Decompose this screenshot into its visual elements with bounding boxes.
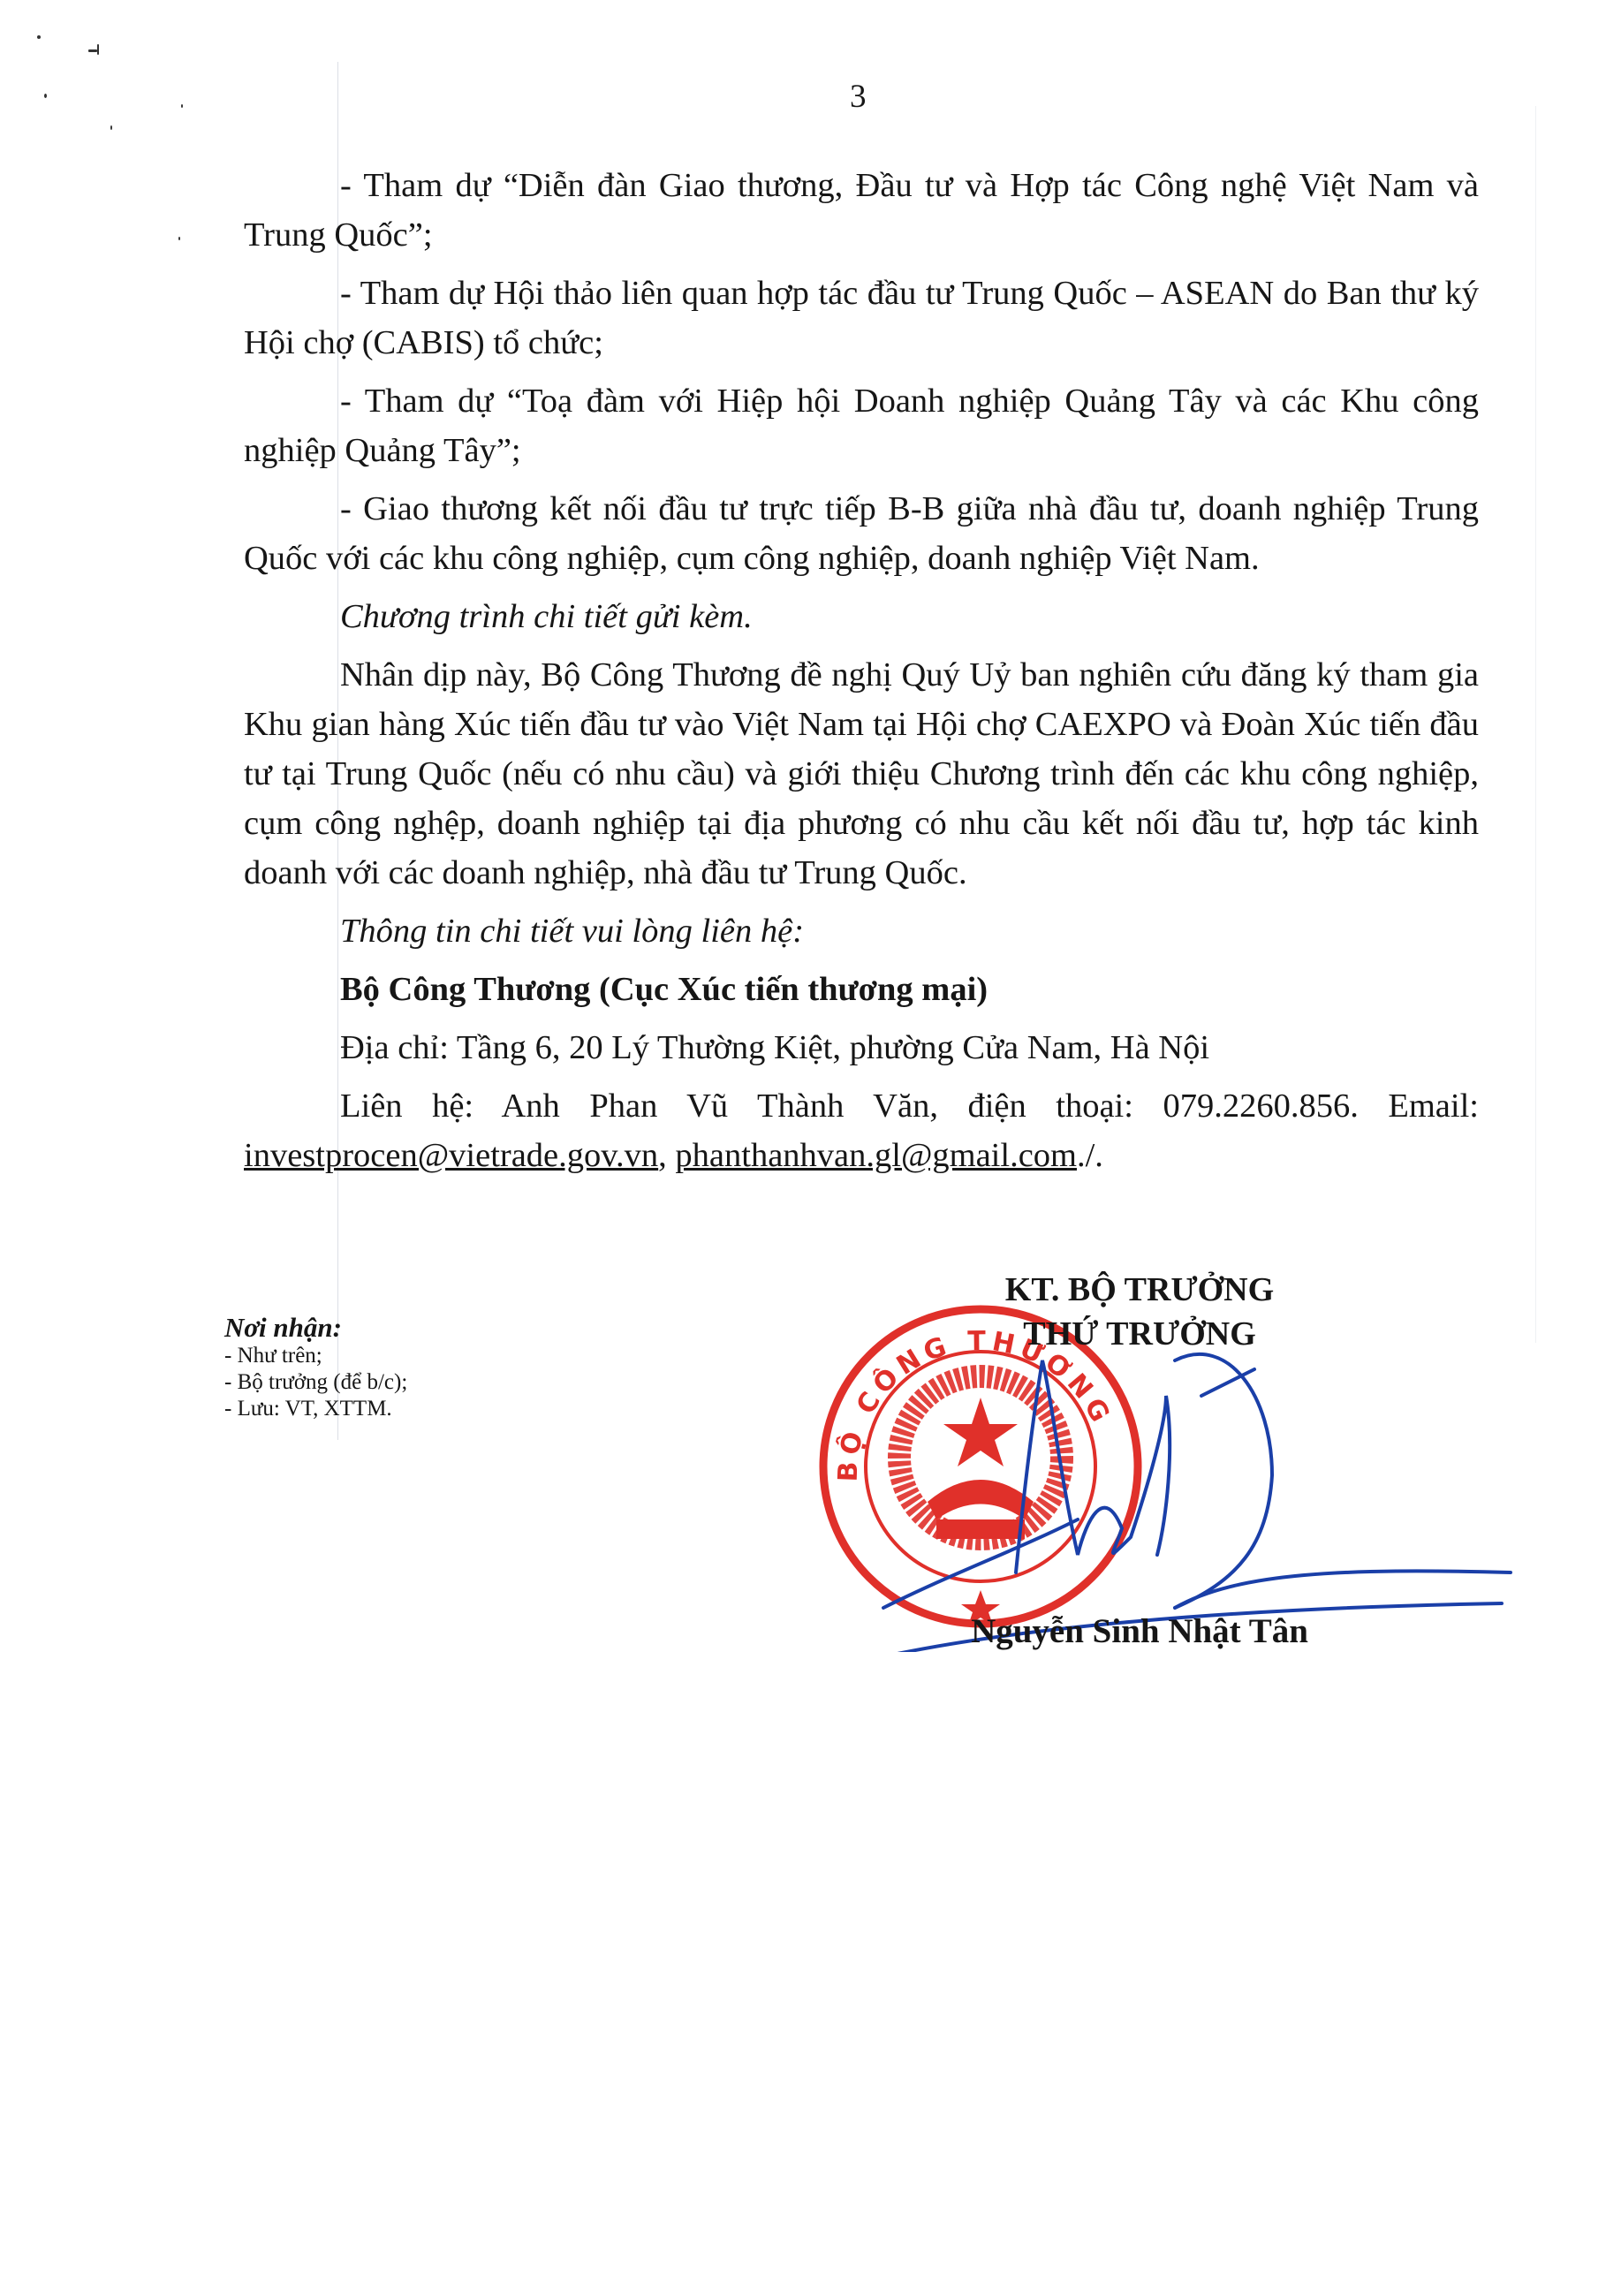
scan-speck	[181, 104, 183, 108]
contact-organization: Bộ Công Thương (Cục Xúc tiến thương mại)	[244, 965, 1479, 1014]
activity-item: - Tham dự “Toạ đàm với Hiệp hội Doanh ng…	[244, 376, 1479, 475]
contact-intro: Thông tin chi tiết vui lòng liên hệ:	[244, 906, 1479, 956]
email-link-vietrade[interactable]: investprocen@vietrade.gov.vn	[244, 1137, 658, 1174]
recipient-item: - Lưu: VT, XTTM.	[224, 1396, 407, 1422]
scan-speck	[44, 94, 47, 98]
recipient-item: - Như trên;	[224, 1343, 407, 1369]
handwritten-signature-icon	[813, 1343, 1519, 1652]
email-separator: ,	[658, 1137, 675, 1174]
page-number: 3	[850, 78, 867, 116]
scan-speck	[110, 125, 112, 130]
activity-item: - Giao thương kết nối đầu tư trực tiếp B…	[244, 484, 1479, 583]
contact-emails: investprocen@vietrade.gov.vn, phanthanhv…	[244, 1131, 1479, 1180]
recipient-item: - Bộ trưởng (để b/c);	[224, 1369, 407, 1396]
email-suffix: ./.	[1077, 1137, 1103, 1174]
scan-speck	[178, 237, 180, 240]
recipients-title: Nơi nhận:	[224, 1315, 407, 1341]
scan-speck	[88, 49, 97, 52]
signature-title-line-1: KT. BỘ TRƯỞNG	[936, 1268, 1343, 1312]
scan-speck	[97, 44, 99, 55]
signer-name: Nguyễn Sinh Nhật Tân	[901, 1611, 1378, 1651]
document-page: 3 - Tham dự “Diễn đàn Giao thương, Đầu t…	[0, 0, 1621, 2296]
scan-fold-line-right	[1535, 106, 1536, 1343]
contact-person: Liên hệ: Anh Phan Vũ Thành Văn, điện tho…	[244, 1081, 1479, 1131]
letter-body: - Tham dự “Diễn đàn Giao thương, Đầu tư …	[244, 161, 1479, 1189]
activity-item: - Tham dự Hội thảo liên quan hợp tác đầu…	[244, 269, 1479, 368]
recipients-block: Nơi nhận: - Như trên; - Bộ trưởng (để b/…	[224, 1315, 407, 1422]
contact-address: Địa chỉ: Tầng 6, 20 Lý Thường Kiệt, phườ…	[244, 1023, 1479, 1072]
attachment-note: Chương trình chi tiết gửi kèm.	[244, 592, 1479, 641]
email-link-gmail[interactable]: phanthanhvan.gl@gmail.com	[675, 1137, 1077, 1174]
request-paragraph: Nhân dịp này, Bộ Công Thương đề nghị Quý…	[244, 650, 1479, 898]
activity-item: - Tham dự “Diễn đàn Giao thương, Đầu tư …	[244, 161, 1479, 260]
scan-speck	[37, 35, 41, 39]
